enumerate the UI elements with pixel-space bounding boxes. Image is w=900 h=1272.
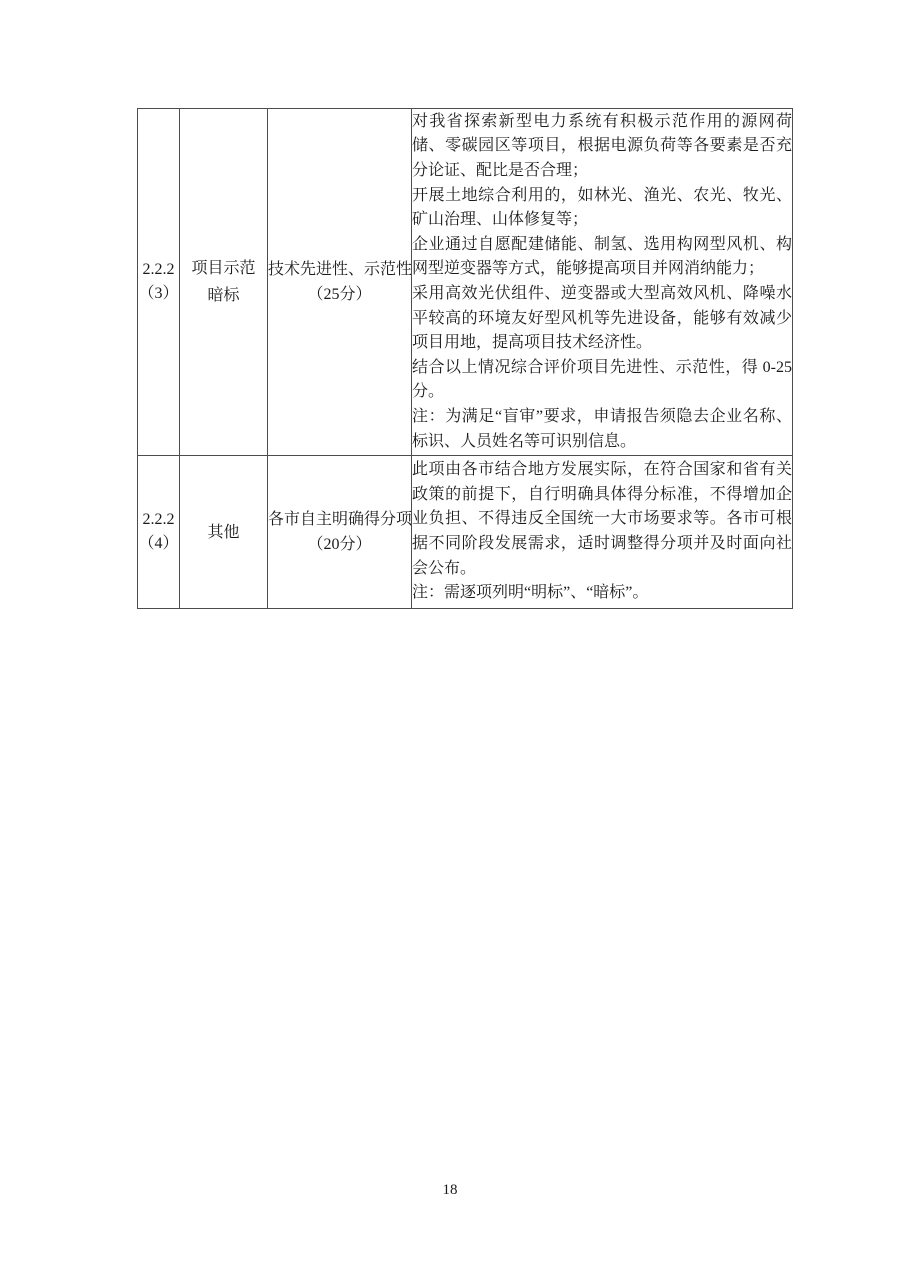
description-paragraph: 注：需逐项列明“明标”、“暗标”。: [412, 581, 792, 606]
page-number: 18: [0, 1182, 900, 1199]
criteria-line: （25分）: [268, 282, 411, 307]
category-line: 其他: [180, 519, 267, 546]
row-id-line: 2.2.2: [138, 258, 179, 282]
criteria-line: 各市自主明确得分项: [268, 507, 411, 532]
description-paragraph: 此项由各市结合地方发展实际，在符合国家和省有关政策的前提下，自行明确具体得分标准…: [412, 458, 792, 581]
category-line: 项目示范: [180, 255, 267, 282]
row-id-cell: 2.2.2 （3）: [138, 109, 180, 456]
criteria-line: （20分）: [268, 532, 411, 557]
evaluation-criteria-table: 2.2.2 （3） 项目示范 暗标 技术先进性、示范性 （25分） 对我省探索新…: [137, 108, 793, 609]
category-line: 暗标: [180, 282, 267, 309]
description-cell: 对我省探索新型电力系统有积极示范作用的源网荷储、零碳园区等项目，根据电源负荷等各…: [412, 109, 793, 456]
criteria-cell: 各市自主明确得分项 （20分）: [268, 456, 412, 609]
description-paragraph: 企业通过自愿配建储能、制氢、选用构网型风机、构网型逆变器等方式，能够提高项目并网…: [412, 233, 792, 282]
description-paragraph: 采用高效光伏组件、逆变器或大型高效风机、降噪水平较高的环境友好型风机等先进设备，…: [412, 282, 792, 356]
category-cell: 其他: [180, 456, 268, 609]
description-paragraph: 结合以上情况综合评价项目先进性、示范性，得 0-25分。: [412, 356, 792, 405]
description-cell: 此项由各市结合地方发展实际，在符合国家和省有关政策的前提下，自行明确具体得分标准…: [412, 456, 793, 609]
criteria-cell: 技术先进性、示范性 （25分）: [268, 109, 412, 456]
description-paragraph: 注：为满足“盲审”要求，申请报告须隐去企业名称、标识、人员姓名等可识别信息。: [412, 405, 792, 454]
row-id-line: （3）: [138, 282, 179, 306]
criteria-line: 技术先进性、示范性: [268, 257, 411, 282]
table-row: 2.2.2 （3） 项目示范 暗标 技术先进性、示范性 （25分） 对我省探索新…: [138, 109, 793, 456]
document-page: 2.2.2 （3） 项目示范 暗标 技术先进性、示范性 （25分） 对我省探索新…: [0, 0, 900, 1272]
row-id-cell: 2.2.2 （4）: [138, 456, 180, 609]
row-id-line: 2.2.2: [138, 508, 179, 532]
table-row: 2.2.2 （4） 其他 各市自主明确得分项 （20分） 此项由各市结合地方发展…: [138, 456, 793, 609]
description-paragraph: 对我省探索新型电力系统有积极示范作用的源网荷储、零碳园区等项目，根据电源负荷等各…: [412, 110, 792, 184]
category-cell: 项目示范 暗标: [180, 109, 268, 456]
description-paragraph: 开展土地综合利用的，如林光、渔光、农光、牧光、矿山治理、山体修复等；: [412, 184, 792, 233]
row-id-line: （4）: [138, 532, 179, 556]
